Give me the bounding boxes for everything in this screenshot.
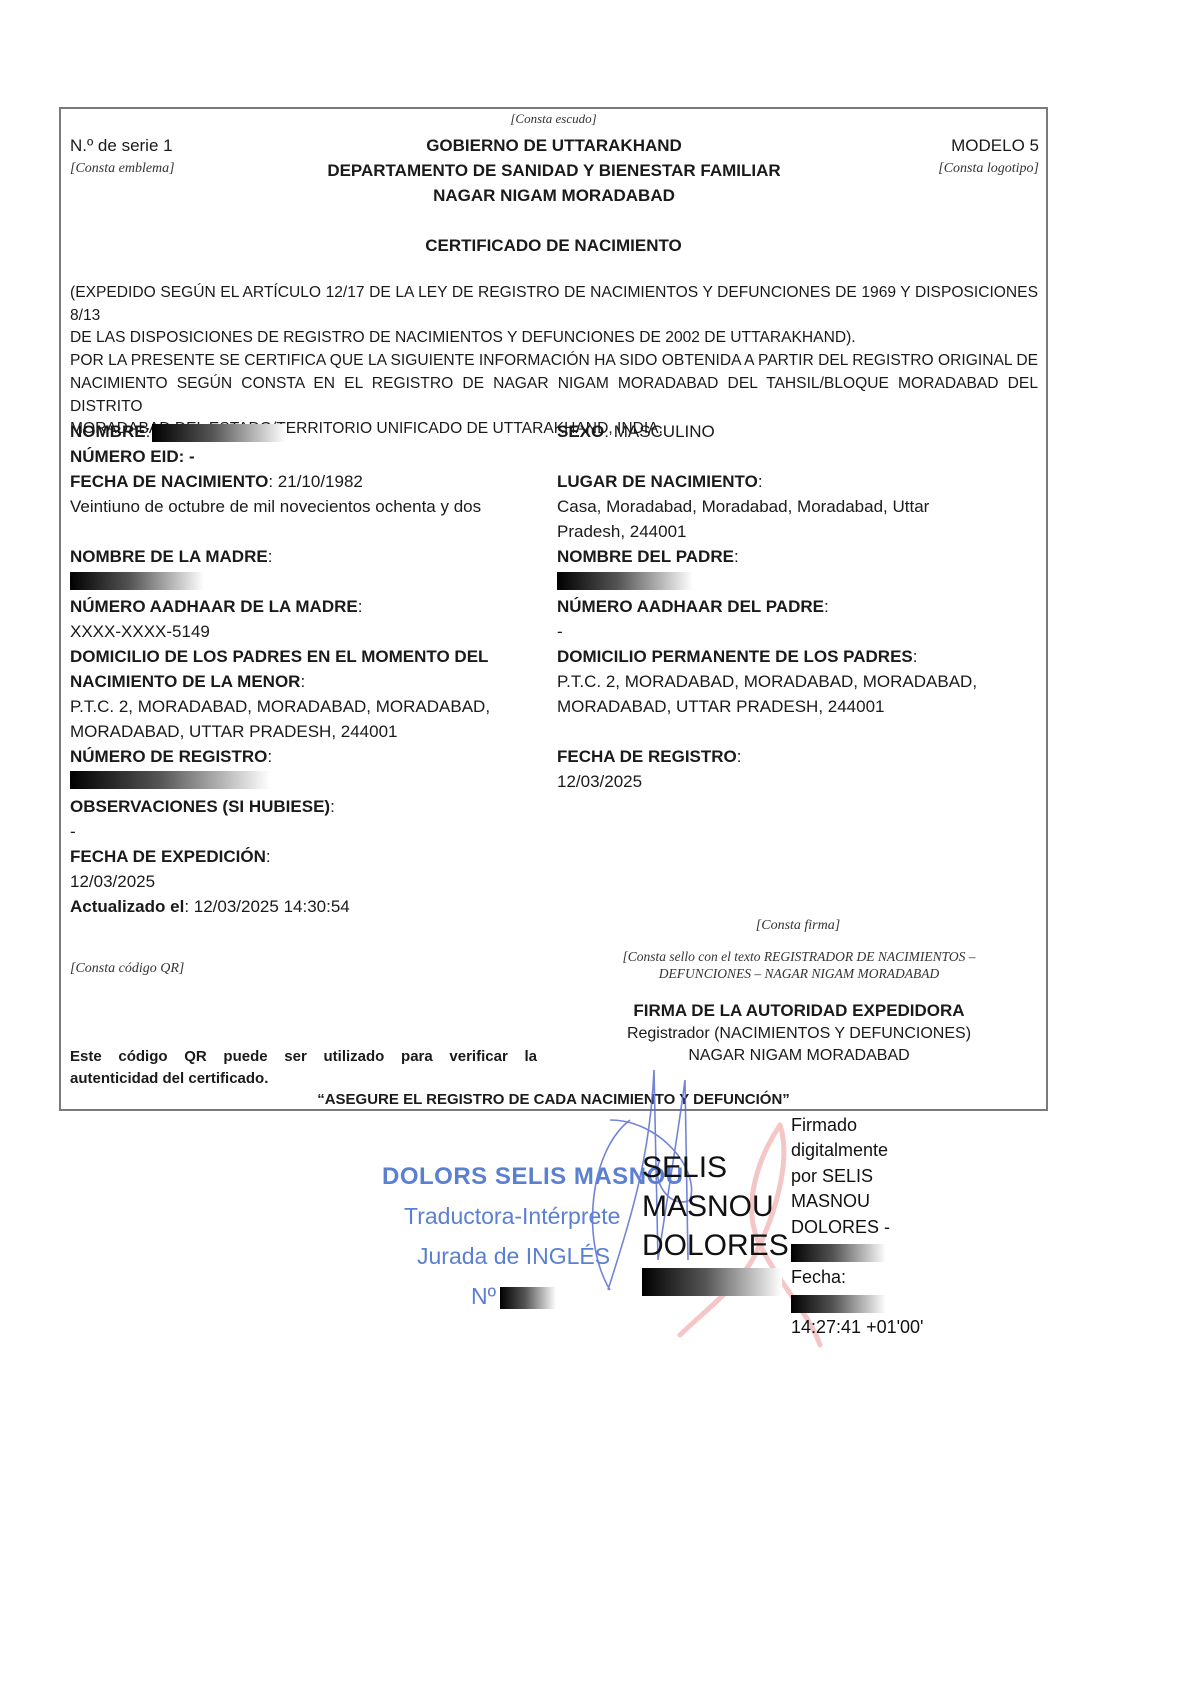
digital-signature-name: SELIS MASNOU DOLORES - (642, 1148, 807, 1265)
intro-paragraph: (EXPEDIDO SEGÚN EL ARTÍCULO 12/17 DE LA … (70, 282, 1038, 441)
field-mother-aadhaar: NÚMERO AADHAAR DE LA MADRE: (70, 594, 362, 619)
redacted-name (152, 424, 286, 442)
translator-stamp-role: Traductora-Intérprete (404, 1203, 620, 1230)
pob-line-1: Casa, Moradabad, Moradabad, Moradabad, U… (557, 494, 929, 519)
colon: : (266, 847, 271, 866)
colon: : (267, 747, 272, 766)
translator-stamp-language: Jurada de INGLÉS (417, 1243, 610, 1270)
pob-label: LUGAR DE NACIMIENTO (557, 472, 758, 491)
perm-address-line-1: P.T.C. 2, MORADABAD, MORADABAD, MORADABA… (557, 669, 977, 694)
colon: : (146, 422, 151, 441)
number-label: Nº (471, 1283, 496, 1309)
field-perm-address: DOMICILIO PERMANENTE DE LOS PADRES: (557, 644, 918, 669)
field-reg-date: FECHA DE REGISTRO: (557, 744, 742, 769)
colon: : (824, 597, 829, 616)
signed-line: MASNOU (791, 1189, 924, 1214)
colon: : (330, 797, 335, 816)
reg-number-label: NÚMERO DE REGISTRO (70, 747, 267, 766)
sex-value: : MASCULINO (604, 422, 715, 441)
remarks-label: OBSERVACIONES (SI HUBIESE) (70, 797, 330, 816)
birth-address-line-2: MORADABAD, UTTAR PRADESH, 244001 (70, 719, 398, 744)
certificate-title: CERTIFICADO DE NACIMIENTO (59, 233, 1048, 258)
updated-label: Actualizado el (70, 897, 184, 916)
issue-date-value: 12/03/2025 (70, 869, 155, 894)
sex-label: SEXO (557, 422, 604, 441)
signature-time: 14:27:41 +01'00' (791, 1315, 924, 1340)
signature-date-label: Fecha: (791, 1265, 924, 1290)
signed-line: por SELIS (791, 1164, 924, 1189)
field-father-aadhaar: NÚMERO AADHAAR DEL PADRE: (557, 594, 829, 619)
signed-line: DOLORES - (791, 1215, 924, 1240)
field-reg-number: NÚMERO DE REGISTRO: (70, 744, 272, 769)
dob-label: FECHA DE NACIMIENTO (70, 472, 268, 491)
gov-line-1: GOBIERNO DE UTTARAKHAND (300, 133, 808, 158)
redacted-signature-date (791, 1290, 924, 1315)
intro-line: NACIMIENTO SEGÚN CONSTA EN EL REGISTRO D… (70, 373, 1038, 418)
pob-line-2: Pradesh, 244001 (557, 519, 687, 544)
colon: : (358, 597, 363, 616)
digital-signature-line-2: MASNOU (642, 1187, 807, 1226)
digital-signature-line-3: DOLORES - (642, 1226, 807, 1265)
field-mother-name: NOMBRE DE LA MADRE: (70, 544, 272, 569)
colon: : (268, 547, 273, 566)
form-number: MODELO 5 (860, 133, 1039, 158)
field-place-of-birth: LUGAR DE NACIMIENTO: (557, 469, 763, 494)
qr-text-line-2: autenticidad del certificado. (70, 1068, 537, 1090)
qr-verification-text: Este código QR puede ser utilizado para … (70, 1046, 537, 1090)
eid-label: NÚMERO EID: - (70, 444, 195, 469)
signature-note: [Consta firma] (598, 918, 998, 934)
birth-address-label-1: DOMICILIO DE LOS PADRES EN EL MOMENTO DE… (70, 644, 488, 669)
field-remarks: OBSERVACIONES (SI HUBIESE): (70, 794, 335, 819)
field-name: NOMBRE: (70, 419, 286, 444)
seal-note-line-2: DEFUNCIONES – NAGAR NIGAM MORADABAD (590, 965, 1008, 982)
updated-value: : 12/03/2025 14:30:54 (184, 897, 349, 916)
redacted-reg-number (70, 771, 270, 789)
authority-role: Registrador (NACIMIENTOS Y DEFUNCIONES) (590, 1023, 1008, 1045)
perm-address-label: DOMICILIO PERMANENTE DE LOS PADRES (557, 647, 913, 666)
intro-line: POR LA PRESENTE SE CERTIFICA QUE LA SIGU… (70, 350, 1038, 373)
translator-stamp-name: DOLORS SELIS MASNOU (382, 1163, 684, 1191)
logo-note: [Consta logotipo] (860, 161, 1039, 177)
mother-aadhaar-label: NÚMERO AADHAAR DE LA MADRE (70, 597, 358, 616)
father-aadhaar-value: - (557, 619, 563, 644)
redacted-father-name (557, 572, 693, 590)
translator-stamp-number: Nº (471, 1283, 556, 1310)
birth-address-label-2: NACIMIENTO DE LA MENOR (70, 672, 300, 691)
field-issue-date: FECHA DE EXPEDICIÓN: (70, 844, 271, 869)
reg-date-value: 12/03/2025 (557, 769, 642, 794)
reg-date-label: FECHA DE REGISTRO (557, 747, 737, 766)
emblema-note: [Consta emblema] (70, 161, 175, 177)
authority-title: FIRMA DE LA AUTORIDAD EXPEDIDORA (590, 998, 1008, 1023)
redacted-signer-id (791, 1240, 924, 1265)
dob-value: : 21/10/1982 (268, 472, 363, 491)
father-aadhaar-label: NÚMERO AADHAAR DEL PADRE (557, 597, 824, 616)
slogan: “ASEGURE EL REGISTRO DE CADA NACIMIENTO … (59, 1090, 1048, 1110)
qr-text-line-1: Este código QR puede ser utilizado para … (70, 1046, 537, 1068)
colon: : (300, 672, 305, 691)
redacted-stamp-number (500, 1287, 556, 1309)
colon: : (758, 472, 763, 491)
field-dob: FECHA DE NACIMIENTO: 21/10/1982 (70, 469, 363, 494)
gov-line-3: NAGAR NIGAM MORADABAD (300, 183, 808, 208)
remarks-value: - (70, 819, 76, 844)
issue-date-label: FECHA DE EXPEDICIÓN (70, 847, 266, 866)
serial-number: N.º de serie 1 (70, 133, 173, 158)
field-sex: SEXO: MASCULINO (557, 419, 715, 444)
seal-note-line-1: [Consta sello con el texto REGISTRADOR D… (590, 948, 1008, 965)
seal-note: [Consta sello con el texto REGISTRADOR D… (590, 948, 1008, 982)
name-label: NOMBRE (70, 422, 146, 441)
intro-line: DE LAS DISPOSICIONES DE REGISTRO DE NACI… (70, 327, 1038, 350)
digital-signature-details: Firmado digitalmente por SELIS MASNOU DO… (791, 1113, 924, 1341)
field-updated: Actualizado el: 12/03/2025 14:30:54 (70, 894, 350, 919)
father-label: NOMBRE DEL PADRE (557, 547, 734, 566)
signed-line: Firmado (791, 1113, 924, 1138)
colon: : (913, 647, 918, 666)
mother-aadhaar-value: XXXX-XXXX-5149 (70, 619, 210, 644)
dob-words: Veintiuno de octubre de mil novecientos … (70, 494, 481, 519)
qr-code-note: [Consta código QR] (70, 961, 184, 977)
escudo-note: [Consta escudo] (59, 111, 1048, 127)
mother-label: NOMBRE DE LA MADRE (70, 547, 268, 566)
field-father-name: NOMBRE DEL PADRE: (557, 544, 739, 569)
perm-address-line-2: MORADABAD, UTTAR PRADESH, 244001 (557, 694, 885, 719)
digital-signature-line-1: SELIS (642, 1148, 807, 1187)
colon: : (737, 747, 742, 766)
intro-line: (EXPEDIDO SEGÚN EL ARTÍCULO 12/17 DE LA … (70, 282, 1038, 327)
colon: : (734, 547, 739, 566)
signed-line: digitalmente (791, 1138, 924, 1163)
redacted-mother-name (70, 572, 204, 590)
field-birth-address: NACIMIENTO DE LA MENOR: (70, 669, 305, 694)
gov-line-2: DEPARTAMENTO DE SANIDAD Y BIENESTAR FAMI… (300, 158, 808, 183)
redacted-signature-id (642, 1268, 782, 1296)
birth-address-line-1: P.T.C. 2, MORADABAD, MORADABAD, MORADABA… (70, 694, 490, 719)
